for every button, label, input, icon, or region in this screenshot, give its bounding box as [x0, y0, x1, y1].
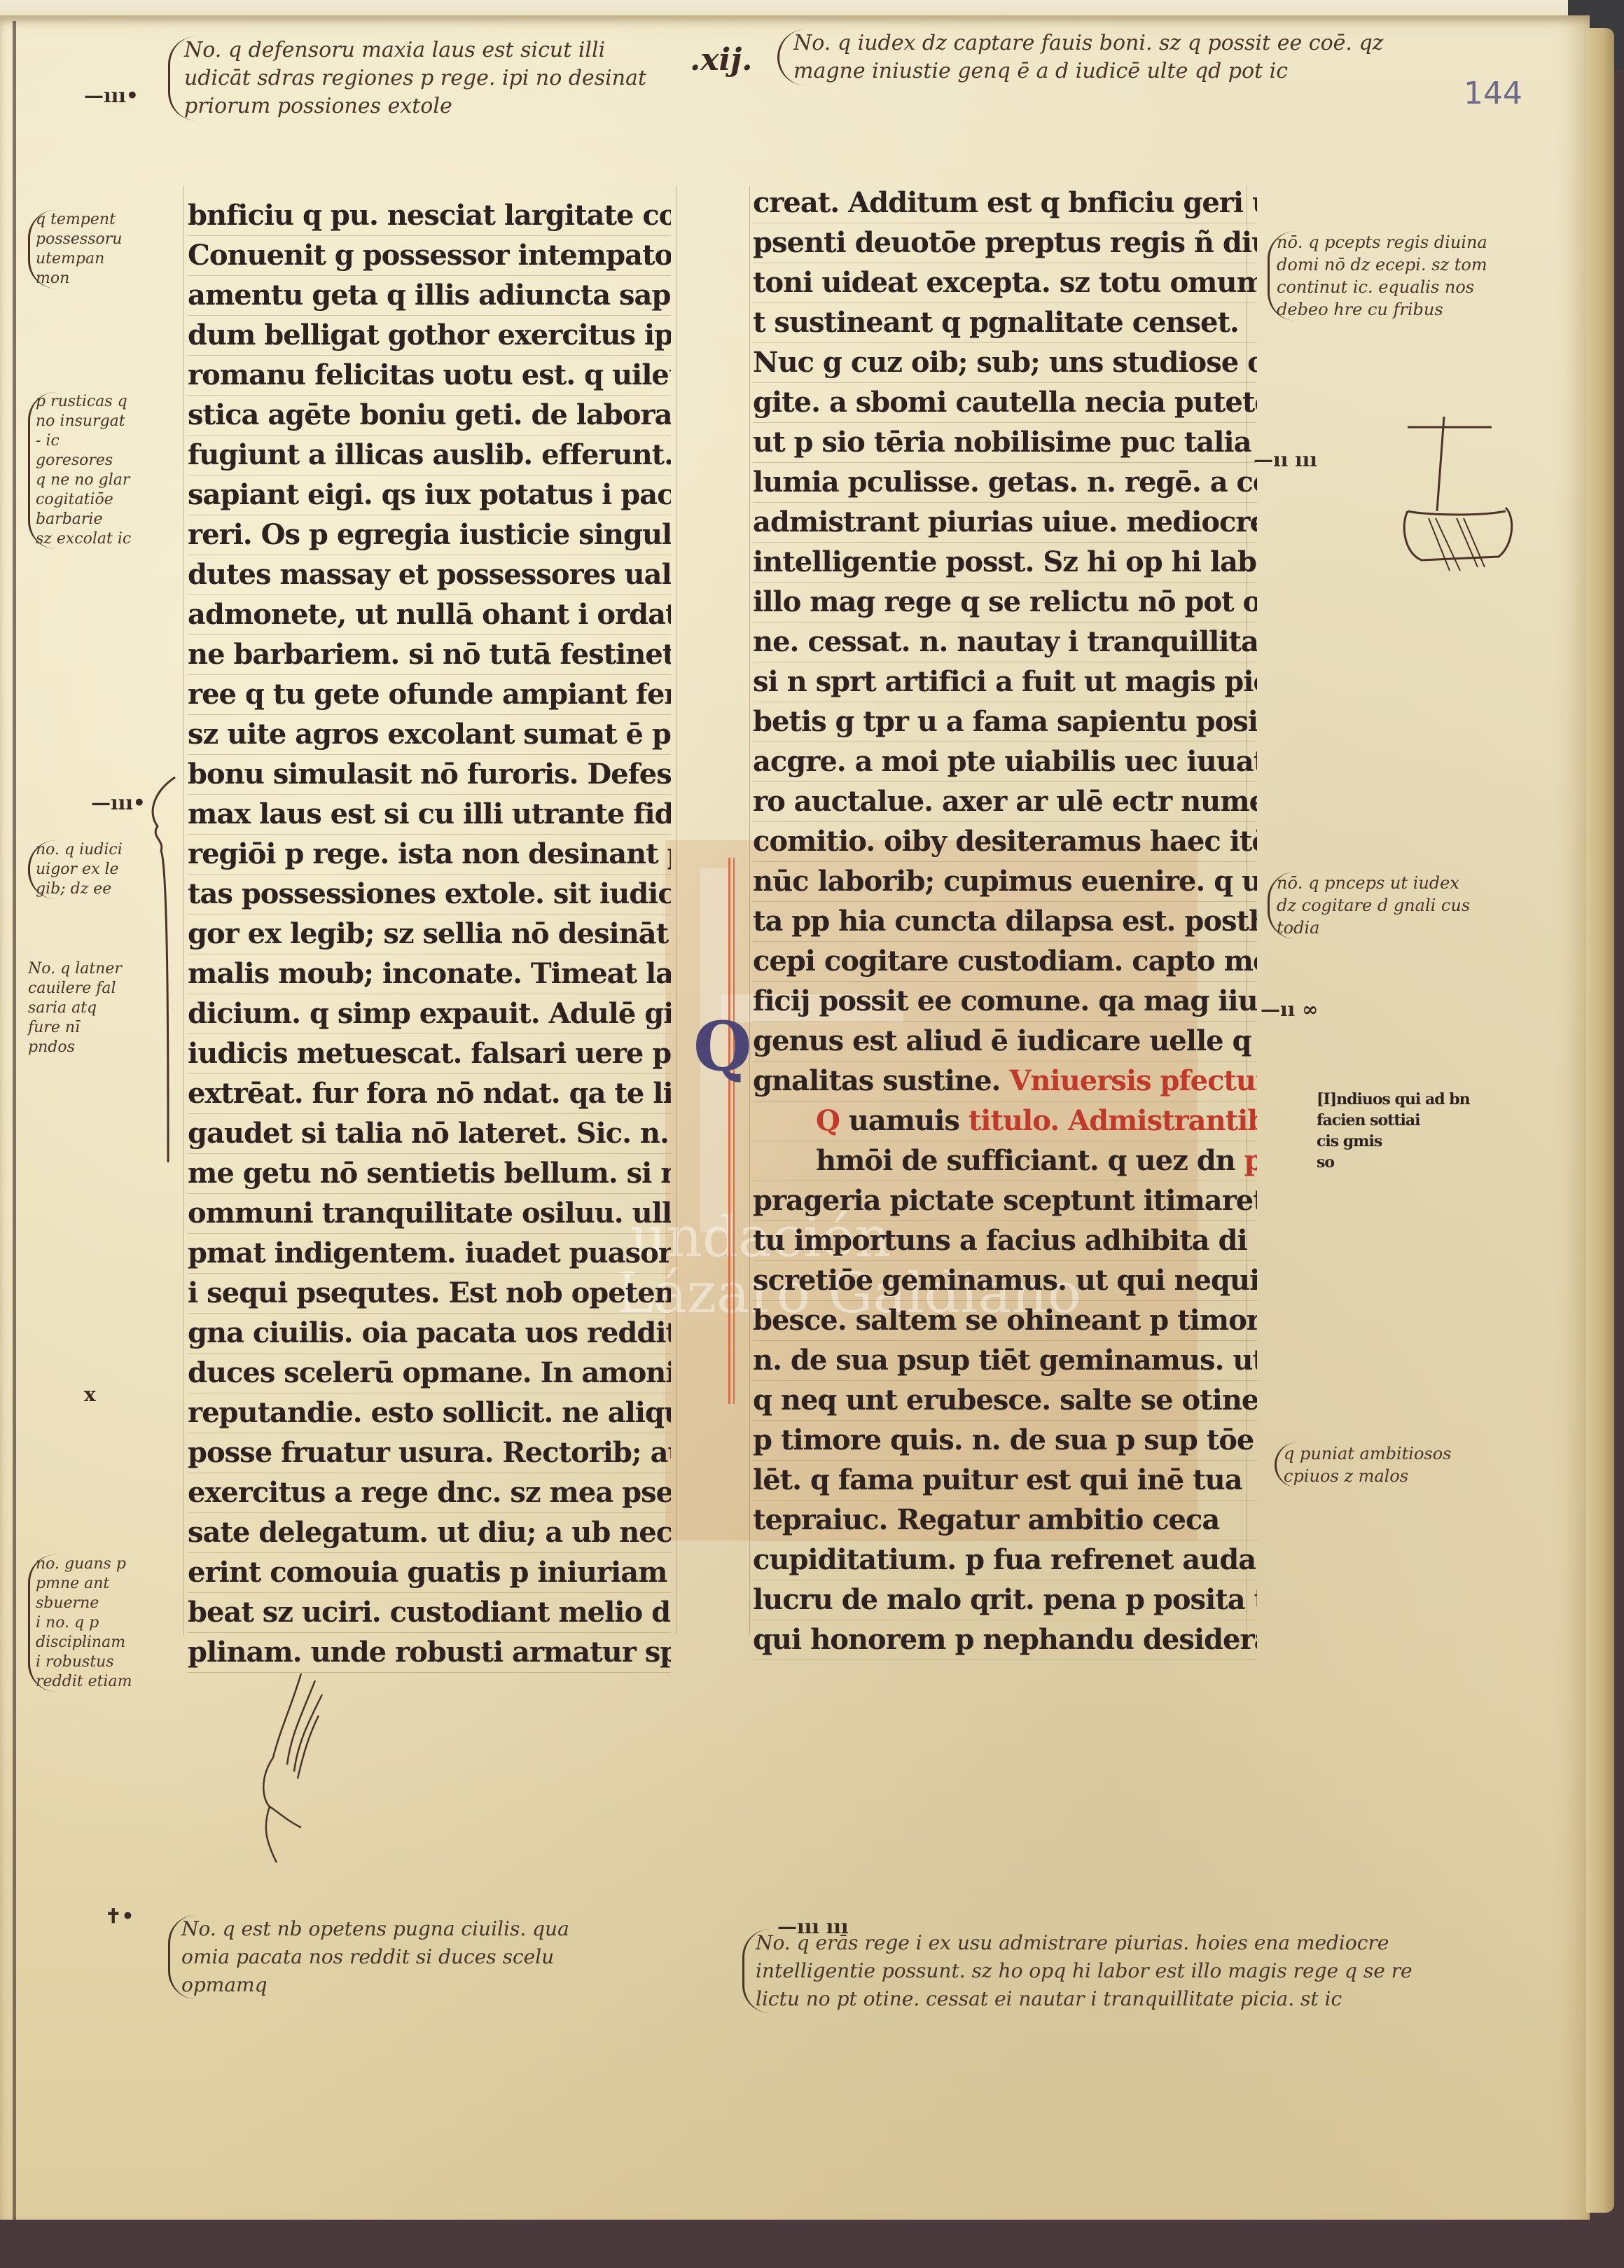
text-line: lēt. q fama puitur est qui inē tua: [753, 1461, 1257, 1501]
gutter-line: [13, 21, 16, 2227]
note-line: No. q defensoru maxia laus est sicut ill…: [184, 36, 688, 64]
text-line: reputandie. esto sollicit. ne aliqu ex: [188, 1393, 671, 1433]
note-line: gib; dz ee: [36, 879, 134, 899]
text-line: p timore quis. n. de sua p sup tōe gau: [753, 1421, 1257, 1461]
text-line: prageria pictate sceptunt itimaretes: [753, 1181, 1257, 1221]
page-edge: [1586, 28, 1614, 2213]
note-line: barbarie: [36, 510, 141, 529]
text-line: toni uideat excepta. sz totu omum: [753, 263, 1257, 303]
text-line: cupiditatium. p fua refrenet audacia. q: [753, 1540, 1257, 1580]
text-line: exercitus a rege dnc. sz mea psentia cog: [188, 1473, 671, 1513]
text-line: dicium. q simp expauit. Adulē gimuz: [188, 994, 671, 1034]
text-line: ne barbariem. si nō tutā festinet bellic…: [188, 635, 671, 675]
note-line: lictu no pt otine. cessat ei nautar i tr…: [756, 1985, 1512, 2013]
note-line: utempan: [36, 249, 120, 269]
text-line: gaudet si talia nō lateret. Sic. n. p sp: [188, 1114, 671, 1154]
note-line: reddit etiam: [36, 1672, 148, 1692]
note-line: uigor ex le: [36, 860, 134, 879]
note-line: no. guans p: [36, 1554, 148, 1574]
text-line: romanu felicitas uotu est. q uiletne ru: [188, 356, 671, 396]
top-note-right: No. q iudex dz captare fauis boni. sz q …: [777, 29, 1466, 85]
note-line: pndos: [28, 1038, 126, 1057]
note-line: disciplinam: [36, 1633, 148, 1653]
reference-marker: —ııı•: [84, 84, 139, 107]
text-line: genus est aliud ē iudicare uelle q pot: [753, 1022, 1257, 1062]
text-line: amentu geta q illis adiuncta sapiat: [188, 276, 671, 316]
note-line: possessoru: [36, 230, 120, 249]
note-line: nō. q pnceps ut iudex: [1277, 872, 1571, 894]
note-line: cis gmis: [1317, 1131, 1527, 1152]
margin-note-left: q tempentpossessoruutempanmon: [28, 210, 120, 288]
note-line: q puniat ambitiosos: [1284, 1442, 1536, 1465]
text-line: tepraiuc. Regatur ambitio ceca: [753, 1501, 1257, 1540]
text-line: bnficiu q pu. nesciat largitate collatum…: [188, 196, 671, 236]
text-line: sate delegatum. ut diu; a ub neciō fu: [188, 1513, 671, 1553]
text-line: duces scelerū opmane. In amonitio uo: [188, 1354, 671, 1393]
note-line: debeo hre cu fribus: [1277, 298, 1585, 321]
margin-note-right: nō. q pnceps ut iudexdz cogitare d gnali…: [1268, 872, 1571, 939]
text-line: comitio. oiby desiteramus haec itē qd: [753, 822, 1257, 862]
note-line: No. q est nb opetens pugna ciuilis. qua: [181, 1915, 714, 1943]
text-line: t sustineant q pgnalitate censet.: [753, 303, 1257, 343]
note-line: dz cogitare d gnali cus: [1277, 894, 1571, 917]
backdrop-bottom: [0, 2220, 1624, 2268]
note-line: - ic goresores: [36, 431, 141, 471]
chapter-number: .xij.: [690, 42, 753, 78]
note-line: magne iniustie genq ē a d iudicē ulte qd…: [793, 57, 1466, 85]
ruling-line: [749, 186, 750, 1635]
note-line: q ne no glar: [36, 471, 141, 490]
text-line: creat. Additum est q bnficiu geri uc ad: [753, 183, 1257, 223]
note-line: cogitatiōe: [36, 490, 141, 510]
text-line: gna ciuilis. oia pacata uos reddit si: [188, 1314, 671, 1354]
text-line: qui honorem p nephandu desiderat ami: [753, 1620, 1257, 1660]
reference-marker: —ııı•: [91, 791, 146, 814]
face-profile-sketch: [140, 770, 189, 1162]
reference-marker: ✝•: [105, 1905, 134, 1928]
text-line: i sequi psequtes. Est nob opetente pu: [188, 1274, 671, 1314]
note-line: sz excolat ic: [36, 529, 141, 549]
note-line: so: [1317, 1152, 1527, 1173]
text-line: sapiant eigi. qs iux potatus i pace me: [188, 475, 671, 515]
text-line: si n sprt artifici a fuit ut magis pici: [753, 662, 1257, 702]
text-line: bonu simulasit nō furoris. Defesor: [188, 755, 671, 795]
text-line: betis g tpr u a fama sapientu positis: [753, 702, 1257, 742]
text-line: gnalitas sustine. Vniuersis pfectur: [753, 1062, 1257, 1101]
text-line: cepi cogitare custodiam. capto mei bn: [753, 942, 1257, 982]
text-line: tas possessiones extole. sit iudicab; ui: [188, 875, 671, 914]
text-line: Nuc g cuz oib; sub; uns studiose osur: [753, 343, 1257, 383]
text-line: ree q tu gete ofunde ampiant feruz: [188, 675, 671, 715]
note-line: udicāt sdras regiones p rege. ipi no des…: [184, 64, 688, 92]
folio-number: 144: [1464, 76, 1522, 111]
bottom-note-right: No. q erās rege i ex usu admistrare piur…: [742, 1929, 1512, 2013]
pointing-hand-sketch: [224, 1667, 336, 1863]
decorated-initial: Q: [693, 1012, 749, 1082]
margin-note-left: no. guans ppmne antsbuernei no. q pdisci…: [28, 1554, 148, 1692]
bottom-note-left: No. q est nb opetens pugna ciuilis. quao…: [168, 1915, 714, 1999]
text-line: scretiōe geminamus. ut qui nequit eru: [753, 1261, 1257, 1301]
reference-marker: x: [84, 1383, 96, 1406]
text-line: beat sz uciri. custodiant melio diu: [188, 1593, 671, 1633]
text-line: intelligentie posst. Sz hi op hi labor ē…: [753, 543, 1257, 583]
text-line: Q uamuis titulo. Admistrantib Leg: [753, 1101, 1257, 1141]
note-line: mon: [36, 269, 120, 288]
text-line: malis moub; inconate. Timeat lacio i: [188, 954, 671, 994]
note-line: fure nī: [28, 1018, 126, 1038]
ship-sketch: [1394, 413, 1534, 574]
text-line: acgre. a moi pte uiabilis uec iuuate: [753, 742, 1257, 782]
text-line: admonete, ut nullā ohant i ordato: [188, 595, 671, 635]
text-line: sz uite agros excolant sumat ē pides: [188, 715, 671, 755]
margin-note-right: q puniat ambitiososcpiuos z malos: [1275, 1442, 1536, 1487]
text-line: pmat indigentem. iuadet puasorce.: [188, 1234, 671, 1274]
note-line: facien sottiai: [1317, 1110, 1527, 1131]
reference-marker: —ıı ∞: [1261, 998, 1318, 1021]
text-line: nūc laborib; cupimus euenire. q uich: [753, 862, 1257, 902]
top-note-left: No. q defensoru maxia laus est sicut ill…: [168, 36, 688, 120]
text-line: ficij possit ee comune. qa mag iiurie: [753, 982, 1257, 1022]
text-line: gor ex legib; sz sellia nō desināt uim: [188, 914, 671, 954]
text-line: psenti deuotōe preptus regis ñ diuina: [753, 223, 1257, 263]
margin-note-right: [I]ndiuos qui ad bnfacien sottiaicis gmi…: [1317, 1089, 1527, 1173]
note-line: cauilere fal: [28, 979, 126, 999]
text-line: stica agēte boniu geti. de laborat tedia: [188, 396, 671, 436]
text-line: n. de sua psup tiēt geminamus. ut: [753, 1341, 1257, 1381]
note-line: todia: [1277, 917, 1571, 939]
text-line: reri. Os p egregia iusticie singulos o: [188, 515, 671, 555]
margin-note-right: nō. q pcepts regis diuinadomi nō dz ecep…: [1268, 231, 1585, 321]
text-line: extrēat. fur fora nō ndat. qa te libras: [188, 1074, 671, 1114]
text-line: dum belligat gothor exercitus ipace: [188, 316, 671, 356]
note-line: i robustus: [36, 1653, 148, 1672]
note-line: pmne ant: [36, 1574, 148, 1594]
text-line: ommuni tranquilitate osiluu. ulle op: [188, 1194, 671, 1234]
text-line: Conuenit g possessor intempatos mot: [188, 236, 671, 276]
text-line: regiōi p rege. ista non desinant patu: [188, 835, 671, 875]
text-line: ne. cessat. n. nautay i tranquillitate p…: [753, 622, 1257, 662]
ruling-line: [676, 186, 676, 1635]
text-line: iudicis metuescat. falsari uere p come: [188, 1034, 671, 1074]
text-column-left: bnficiu q pu. nesciat largitate collatum…: [188, 196, 671, 1673]
text-line: dutes massay et possessores ualitor: [188, 555, 671, 595]
text-line: fugiunt a illicas auslib. efferunt. a o …: [188, 436, 671, 475]
text-line: lucru de malo qrit. pena p posita trroat…: [753, 1580, 1257, 1620]
note-line: intelligentie possunt. sz ho opq hi labo…: [756, 1957, 1512, 1985]
initial-flourish: [728, 858, 735, 1404]
text-line: max laus est si cu illi utrante fidelias: [188, 795, 671, 835]
margin-note-left: p rusticas qno insurgat- ic goresoresq n…: [28, 392, 141, 549]
note-line: no. q iudici: [36, 840, 134, 860]
note-line: [I]ndiuos qui ad bn: [1317, 1089, 1527, 1110]
note-line: no insurgat: [36, 412, 141, 431]
note-line: sbuerne: [36, 1594, 148, 1613]
text-line: ta pp hia cuncta dilapsa est. posthq gna…: [753, 902, 1257, 942]
note-line: i no. q p: [36, 1613, 148, 1633]
text-line: lumia pculisse. getas. n. regē. a cerulu: [753, 463, 1257, 503]
note-line: opmamq: [181, 1971, 714, 1999]
text-column-right: creat. Additum est q bnficiu geri uc adp…: [753, 183, 1257, 1660]
reference-marker: —ıı ııı: [1254, 448, 1317, 471]
text-line: ro auctalue. axer ar ulē ectr nume: [753, 782, 1257, 822]
note-line: omia pacata nos reddit si duces scelu: [181, 1943, 714, 1971]
text-line: illo mag rege q se relictu nō pot oti: [753, 583, 1257, 622]
note-line: No. q latner: [28, 959, 126, 979]
note-line: nō. q pcepts regis diuina: [1277, 231, 1585, 253]
text-line: q neq unt erubesce. salte se otineant: [753, 1381, 1257, 1421]
note-line: p rusticas q: [36, 392, 141, 412]
text-line: me getu nō sentietis bellum. si nob sic: [188, 1154, 671, 1194]
text-line: gite. a sbomi cautella necia putete: [753, 383, 1257, 423]
text-line: admistrant piurias uiue. mediocre: [753, 503, 1257, 543]
note-line: continut ic. equalis nos: [1277, 276, 1585, 298]
note-line: No. q erās rege i ex usu admistrare piur…: [756, 1929, 1512, 1957]
text-line: ut p sio tēria nobilisime puc talia uo: [753, 423, 1257, 463]
text-line: besce. saltem se ohineant p timore. q: [753, 1301, 1257, 1341]
note-line: priorum possiones extole: [184, 92, 688, 120]
text-line: erint comouia guatis p iniuriam d: [188, 1553, 671, 1593]
note-line: cpiuos z malos: [1284, 1465, 1536, 1487]
margin-note-left: no. q iudiciuigor ex legib; dz ee: [28, 840, 134, 899]
note-line: saria atq: [28, 999, 126, 1018]
note-line: domi nō dz ecepi. sz tom: [1277, 253, 1585, 276]
text-line: tu importuns a facius adhibita di: [753, 1221, 1257, 1261]
text-line: posse fruatur usura. Rectorib; aut: [188, 1433, 671, 1473]
note-line: No. q iudex dz captare fauis boni. sz q …: [793, 29, 1466, 57]
text-line: hmōi de sufficiant. q uez dn p fco.: [753, 1141, 1257, 1181]
margin-note-left: No. q latnercauilere falsaria atqfure nī…: [28, 959, 126, 1057]
note-line: q tempent: [36, 210, 120, 230]
